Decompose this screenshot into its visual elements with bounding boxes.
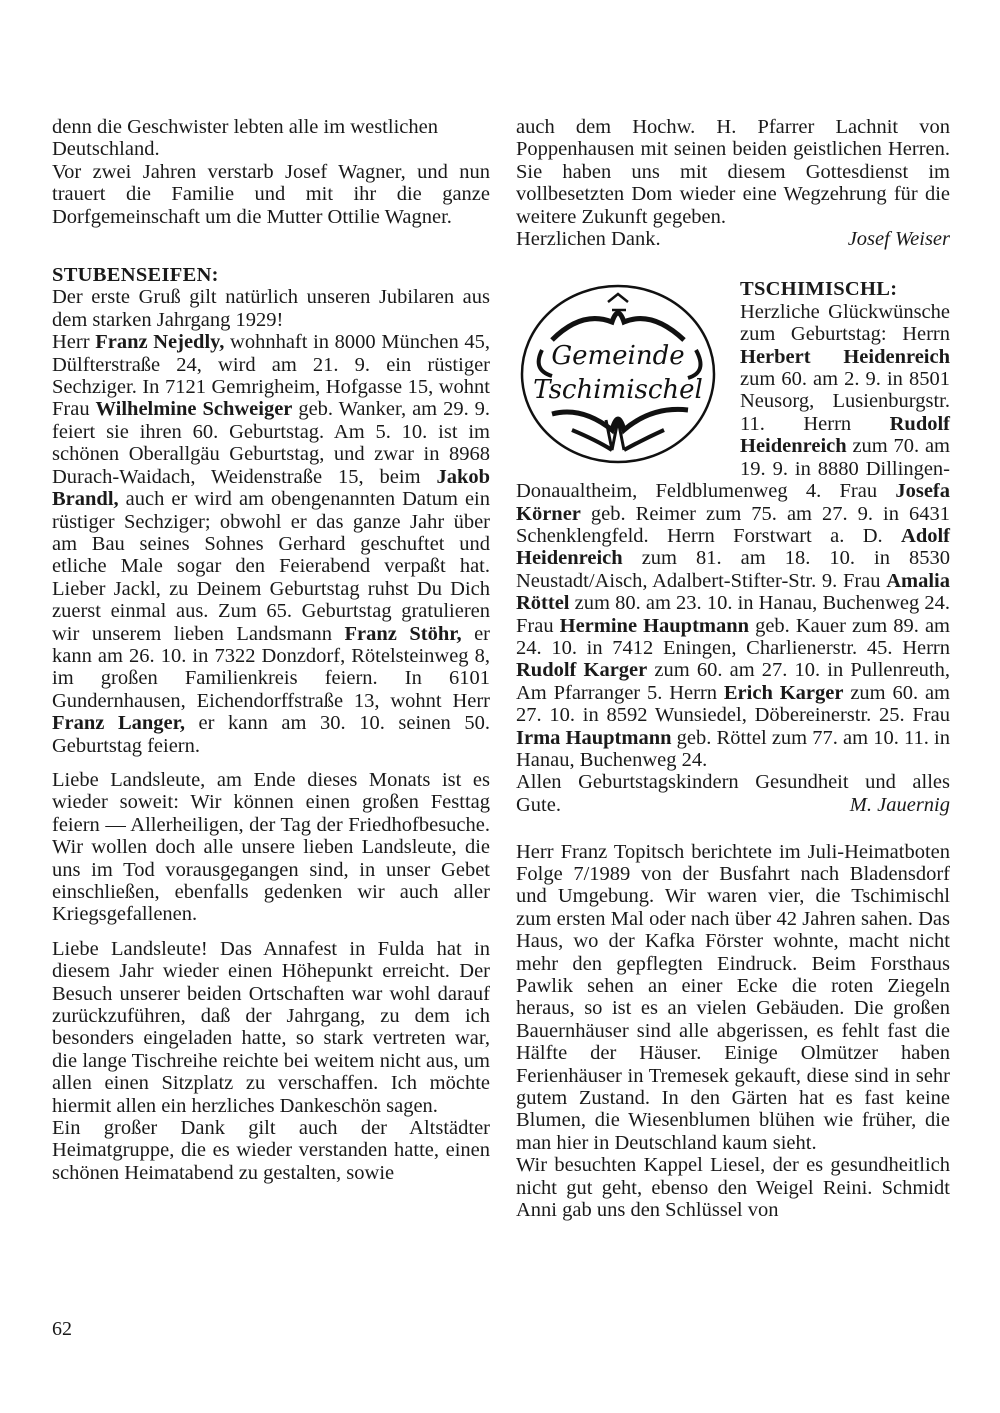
signature-m-jauernig: M. Jauernig: [850, 794, 950, 816]
section-heading-stubenseifen: STUBENSEIFEN:: [52, 264, 490, 286]
person-name: Franz Nejedly,: [95, 331, 224, 353]
person-name: Irma Hauptmann: [516, 727, 672, 749]
intro-paragraph-2: Vor zwei Jahren verstarb Josef Wagner, u…: [52, 161, 490, 228]
stubenseifen-paragraph-2: Herr Franz Nejedly, wohnhaft in 8000 Mün…: [52, 331, 490, 757]
closing-text: Herzlichen Dank.: [516, 228, 661, 250]
person-name: Wilhelmine Schweiger: [96, 398, 293, 420]
signature-line: Herzlichen Dank. Josef Weiser: [516, 228, 950, 250]
person-name: Franz Stöhr,: [344, 623, 461, 645]
person-name: Herbert Heidenreich: [740, 346, 950, 368]
intro-paragraph-1: denn die Geschwister lebten alle im west…: [52, 116, 490, 161]
right-column: auch dem Hochw. H. Pfarrer Lachnit von P…: [516, 116, 950, 1222]
svg-text:Tschimischel: Tschimischel: [533, 375, 703, 405]
stubenseifen-paragraph-1: Der erste Gruß gilt natürlich unseren Ju…: [52, 286, 490, 331]
report-paragraph-1: Herr Franz Topitsch berichtete im Juli-H…: [516, 841, 950, 1155]
stubenseifen-paragraph-3: Liebe Landsleute, am Ende dieses Monats …: [52, 769, 490, 926]
municipal-seal-image: Gemeinde Tschimischel: [512, 280, 726, 470]
stubenseifen-paragraph-4: Liebe Landsleute! Das Annafest in Fulda …: [52, 938, 490, 1117]
person-name: Hermine Hauptmann: [560, 615, 749, 637]
seal-icon: Gemeinde Tschimischel: [512, 280, 726, 466]
signature-line-2: M. Jauernig: [516, 794, 950, 816]
left-column: denn die Geschwister lebten alle im west…: [52, 116, 490, 1184]
person-name: Rudolf Karger: [516, 659, 647, 681]
continuation-paragraph: auch dem Hochw. H. Pfarrer Lachnit von P…: [516, 116, 950, 228]
signature-josef-weiser: Josef Weiser: [848, 228, 950, 250]
person-name: Erich Karger: [724, 682, 844, 704]
report-paragraph-2: Wir besuchten Kappel Liesel, der es gesu…: [516, 1154, 950, 1221]
person-name: Franz Langer,: [52, 712, 185, 734]
page-number: 62: [52, 1318, 72, 1341]
stubenseifen-paragraph-5: Ein großer Dank gilt auch der Altstädter…: [52, 1117, 490, 1184]
svg-text:Gemeinde: Gemeinde: [551, 341, 684, 371]
